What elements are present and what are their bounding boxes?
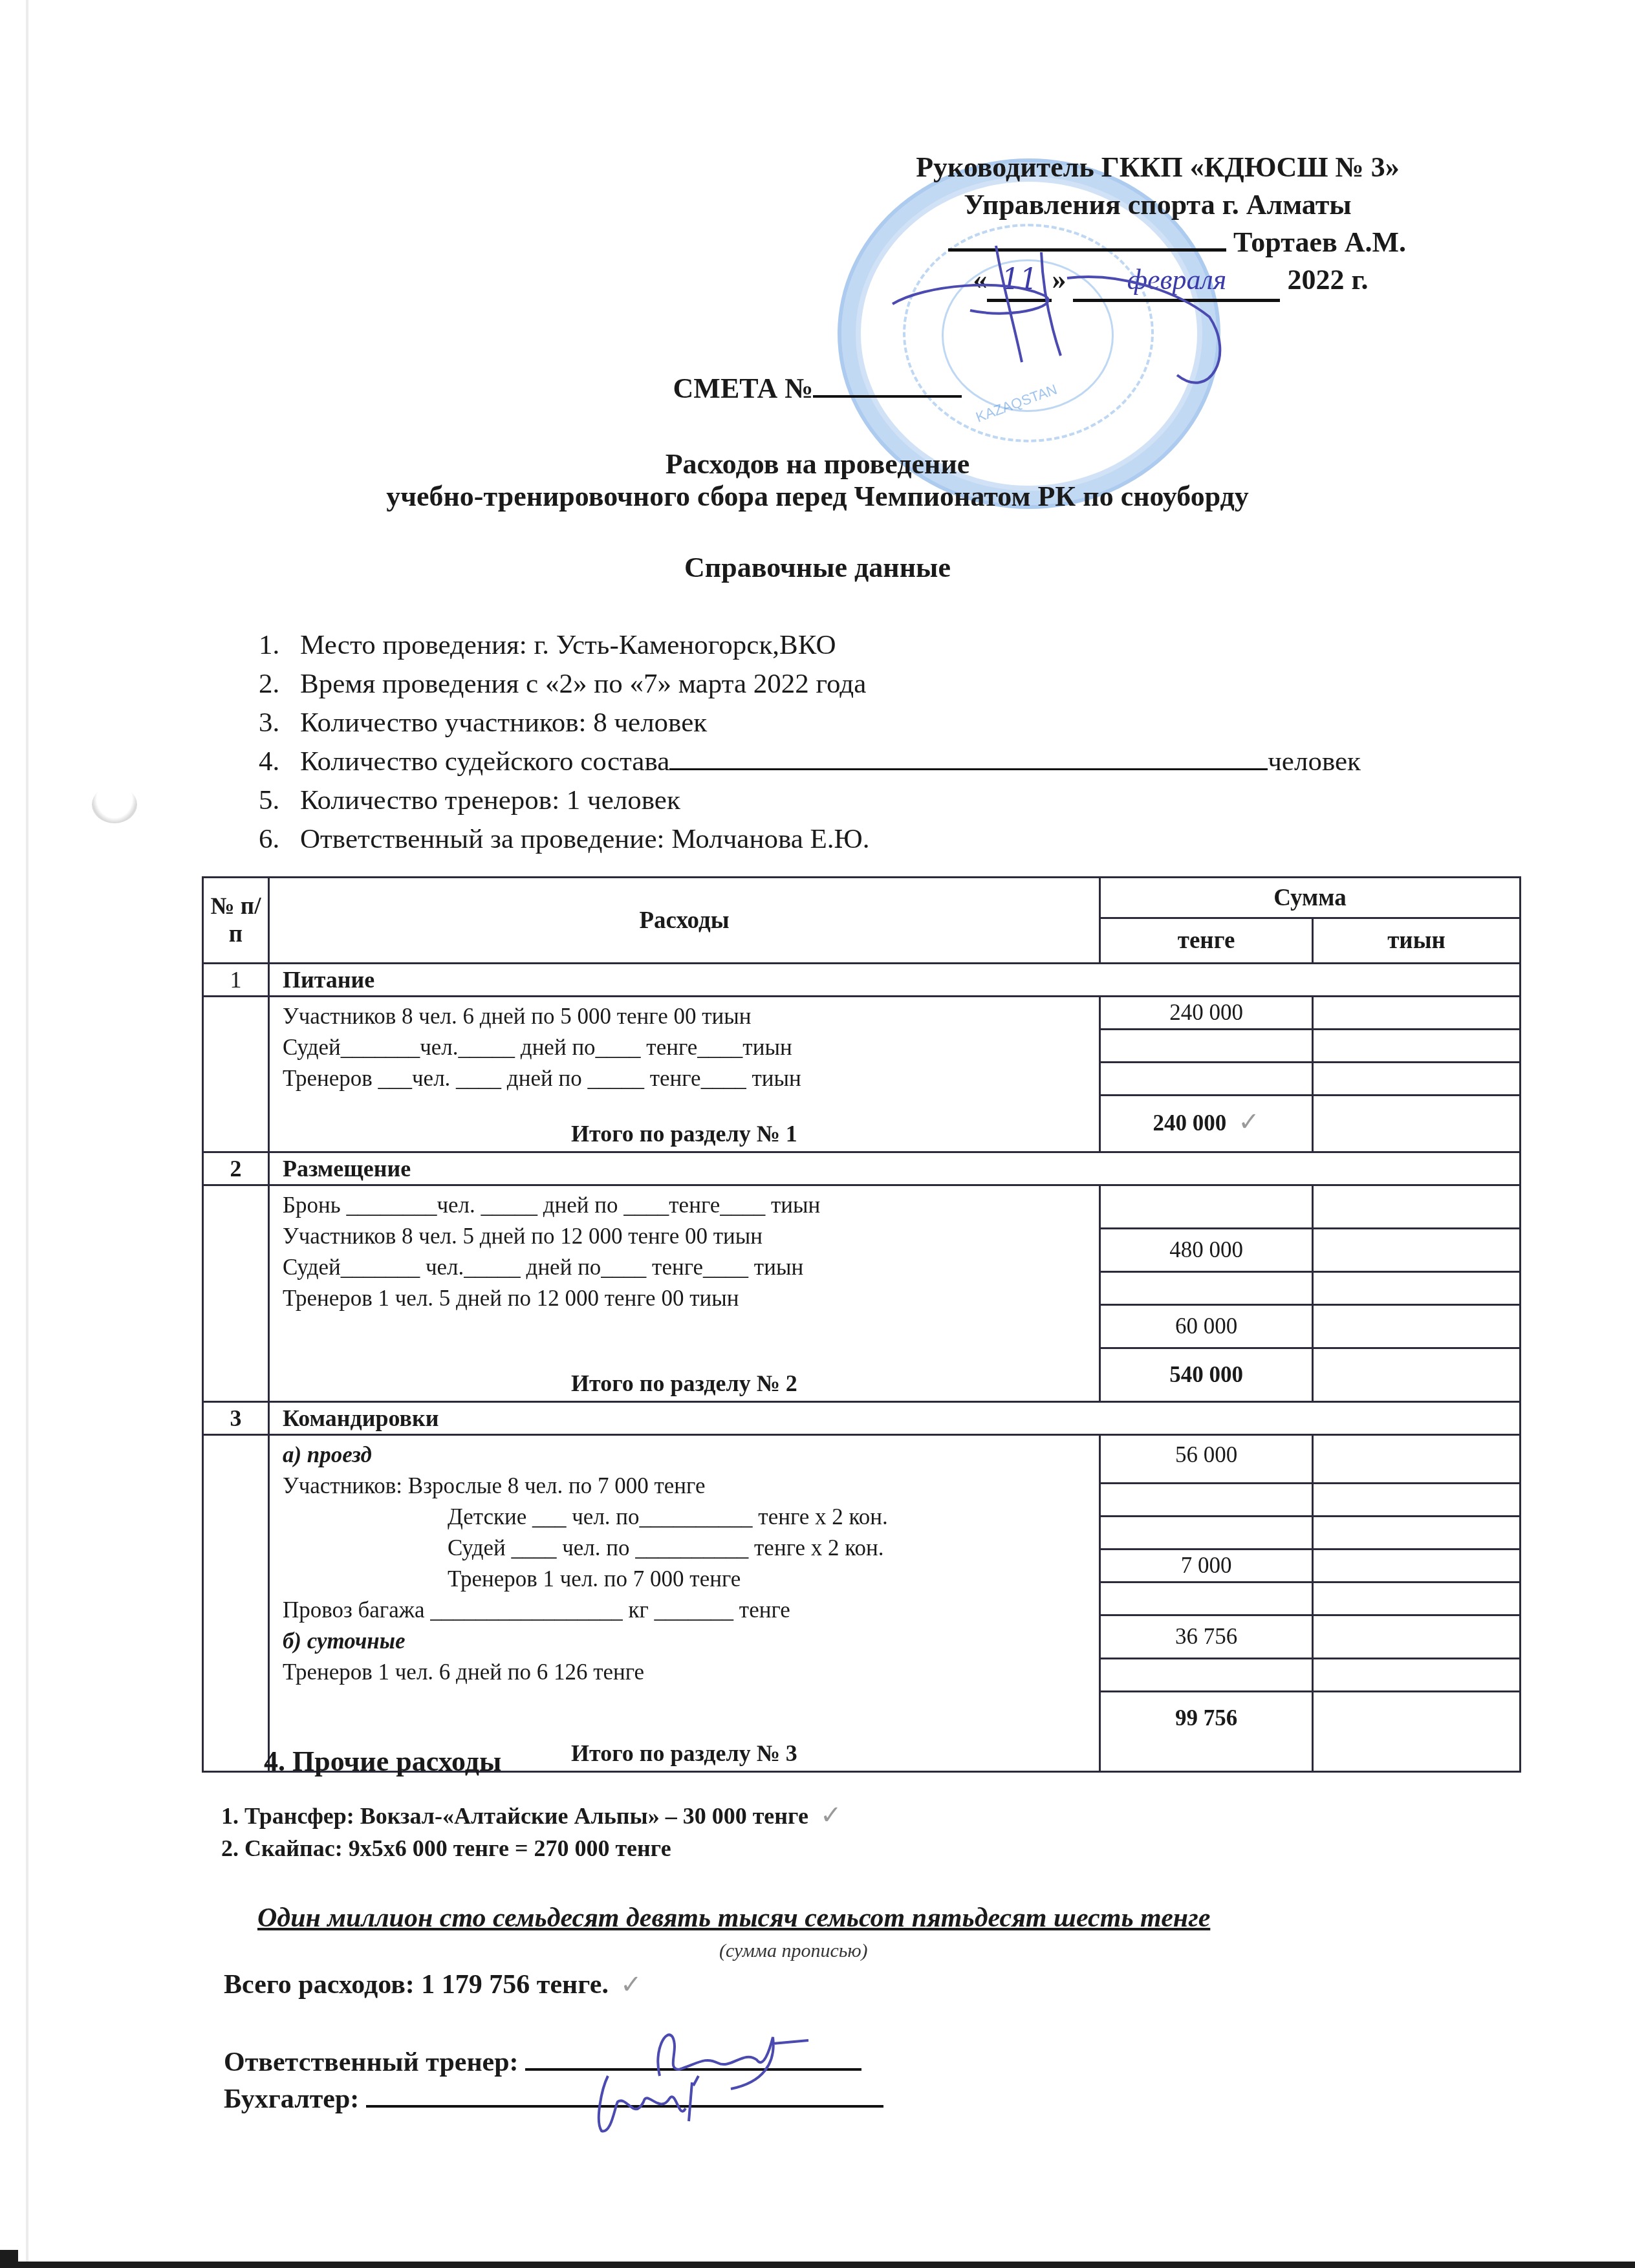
amount-tiyn	[1314, 1659, 1519, 1692]
table-header-row: № п/п Расходы Сумма	[203, 878, 1521, 918]
other-expense-item: 2. Скайпас: 9х5х6 000 тенге = 270 000 те…	[221, 1832, 841, 1864]
other-expenses-heading: 4. Прочие расходы	[264, 1745, 501, 1778]
section-body-row: а) проезд Участников: Взрослые 8 чел. по…	[203, 1435, 1521, 1772]
section-header-row: 2 Размещение	[203, 1152, 1521, 1185]
line-item: Тренеров 1 чел. 6 дней по 6 126 тенге	[283, 1657, 1099, 1688]
reference-item: 4.Количество судейского составачеловек	[259, 742, 1361, 781]
section-total-label: Итого по разделу № 1	[270, 1120, 1099, 1147]
amount-tiyn	[1314, 1517, 1519, 1550]
amount-tenge	[1101, 1273, 1312, 1306]
section-title: Командировки	[268, 1402, 1520, 1435]
section-total: 99 756	[1101, 1692, 1312, 1744]
scan-border	[0, 2262, 1635, 2268]
amount-tiyn	[1314, 1550, 1519, 1583]
header-sum: Сумма	[1100, 878, 1521, 918]
section-title: Питание	[268, 964, 1520, 997]
document-title: СМЕТА №	[673, 373, 814, 404]
section-total: 240 000	[1153, 1110, 1226, 1136]
header-expenses: Расходы	[268, 878, 1099, 964]
line-item: Провоз багажа _________________ кг _____…	[283, 1595, 1099, 1626]
amount-tenge	[1101, 1583, 1312, 1616]
line-item: Судей_______чел._____ дней по____ тенге_…	[283, 1032, 1099, 1063]
amount-tiyn	[1314, 1273, 1519, 1306]
line-item: а) проезд	[283, 1440, 1099, 1471]
line-item: Тренеров 1 чел. 5 дней по 12 000 тенге 0…	[283, 1283, 1099, 1314]
reference-item: 1.Место проведения: г. Усть-Каменогорск,…	[259, 626, 1361, 665]
line-item: Бронь ________чел. _____ дней по ____тен…	[283, 1190, 1099, 1221]
reference-item: 3.Количество участников: 8 человек	[259, 704, 1361, 742]
line-item: б) суточные	[283, 1626, 1099, 1657]
amount-tenge: 60 000	[1101, 1306, 1312, 1349]
judges-count-field	[669, 768, 1268, 770]
amount-tiyn	[1314, 1436, 1519, 1484]
check-mark-icon: ✓	[620, 1970, 642, 1999]
amount-tenge: 56 000	[1101, 1436, 1312, 1484]
section-total: 540 000	[1101, 1349, 1312, 1401]
scan-edge	[26, 0, 28, 2268]
scan-border	[0, 2250, 18, 2262]
other-expense-item: 1. Трансфер: Вокзал-«Алтайские Альпы» – …	[221, 1803, 808, 1829]
approver-name: Тортаев А.М.	[1233, 226, 1406, 258]
section-header-row: 1 Питание	[203, 964, 1521, 997]
section-number: 2	[203, 1152, 269, 1185]
line-item: Участников: Взрослые 8 чел. по 7 000 тен…	[283, 1471, 1099, 1502]
amount-tiyn	[1314, 1583, 1519, 1616]
amount-tiyn	[1314, 1186, 1519, 1229]
amount-tenge: 480 000	[1101, 1229, 1312, 1273]
header-tenge: тенге	[1100, 918, 1313, 964]
amount-tiyn	[1314, 1229, 1519, 1273]
amount-in-words-caption: (сумма прописью)	[719, 1940, 868, 1962]
other-expenses-list: 1. Трансфер: Вокзал-«Алтайские Альпы» – …	[221, 1799, 841, 1864]
amount-tenge	[1101, 1484, 1312, 1517]
reference-item: 6.Ответственный за проведение: Молчанова…	[259, 820, 1361, 859]
line-item: Судей ____ чел. по __________ тенге х 2 …	[283, 1533, 1099, 1564]
amount-tiyn	[1314, 1063, 1519, 1096]
coach-signature-label: Ответственный тренер:	[224, 2047, 519, 2077]
check-mark-icon: ✓	[820, 1800, 842, 1830]
section-total-label: Итого по разделу № 2	[270, 1370, 1099, 1397]
check-mark-icon: ✓	[1238, 1107, 1260, 1136]
section-body-row: Участников 8 чел. 6 дней по 5 000 тенге …	[203, 997, 1521, 1152]
date-year: 2022 г.	[1287, 264, 1368, 296]
reference-list: 1.Место проведения: г. Усть-Каменогорск,…	[259, 626, 1361, 859]
section-number: 1	[203, 964, 269, 997]
estimate-number-field	[813, 395, 962, 398]
amount-tenge	[1101, 1517, 1312, 1550]
section-body-row: Бронь ________чел. _____ дней по ____тен…	[203, 1185, 1521, 1402]
section-header-row: 3 Командировки	[203, 1402, 1521, 1435]
amount-tiyn	[1314, 1692, 1519, 1744]
amount-tenge: 7 000	[1101, 1550, 1312, 1583]
line-item: Тренеров 1 чел. по 7 000 тенге	[283, 1564, 1099, 1595]
amount-tiyn	[1314, 1306, 1519, 1349]
amount-tenge	[1101, 1659, 1312, 1692]
amount-tenge: 240 000	[1101, 997, 1312, 1030]
reference-heading: Справочные данные	[0, 551, 1635, 584]
amount-tiyn	[1314, 997, 1519, 1030]
subtitle-line1: Расходов на проведение	[0, 448, 1635, 481]
amount-tenge	[1101, 1030, 1312, 1063]
line-item: Судей_______ чел._____ дней по____ тенге…	[283, 1252, 1099, 1283]
section-title: Размещение	[268, 1152, 1520, 1185]
line-item: Детские ___ чел. по__________ тенге х 2 …	[283, 1502, 1099, 1533]
amount-tenge: 36 756	[1101, 1616, 1312, 1659]
grand-total: Всего расходов: 1 179 756 тенге.	[224, 1970, 609, 2000]
reference-item: 2.Время проведения с «2» по «7» марта 20…	[259, 665, 1361, 704]
amount-in-words: Один миллион сто семьдесят девять тысяч …	[257, 1903, 1210, 1934]
amount-tenge	[1101, 1186, 1312, 1229]
header-tiyn: тиын	[1313, 918, 1521, 964]
line-item: Тренеров ___чел. ____ дней по _____ тенг…	[283, 1063, 1099, 1094]
header-number: № п/п	[203, 878, 269, 964]
subtitle-line2: учебно-тренировочного сбора перед Чемпио…	[0, 480, 1635, 513]
amount-tiyn	[1314, 1616, 1519, 1659]
amount-tenge	[1101, 1063, 1312, 1096]
amount-tiyn	[1314, 1096, 1519, 1148]
section-number: 3	[203, 1402, 269, 1435]
punch-hole	[92, 786, 137, 823]
amount-tiyn	[1314, 1030, 1519, 1063]
amount-tiyn	[1314, 1484, 1519, 1517]
line-item: Участников 8 чел. 5 дней по 12 000 тенге…	[283, 1221, 1099, 1252]
amount-tiyn	[1314, 1349, 1519, 1401]
accountant-signature	[582, 2063, 737, 2141]
line-item: Участников 8 чел. 6 дней по 5 000 тенге …	[283, 1001, 1099, 1032]
expense-table: № п/п Расходы Сумма тенге тиын 1 Питание…	[202, 876, 1521, 1773]
approver-position: Руководитель ГККП «КДЮСШ № 3»	[867, 149, 1449, 186]
accountant-signature-label: Бухгалтер:	[224, 2084, 359, 2114]
reference-item: 5.Количество тренеров: 1 человек	[259, 781, 1361, 820]
